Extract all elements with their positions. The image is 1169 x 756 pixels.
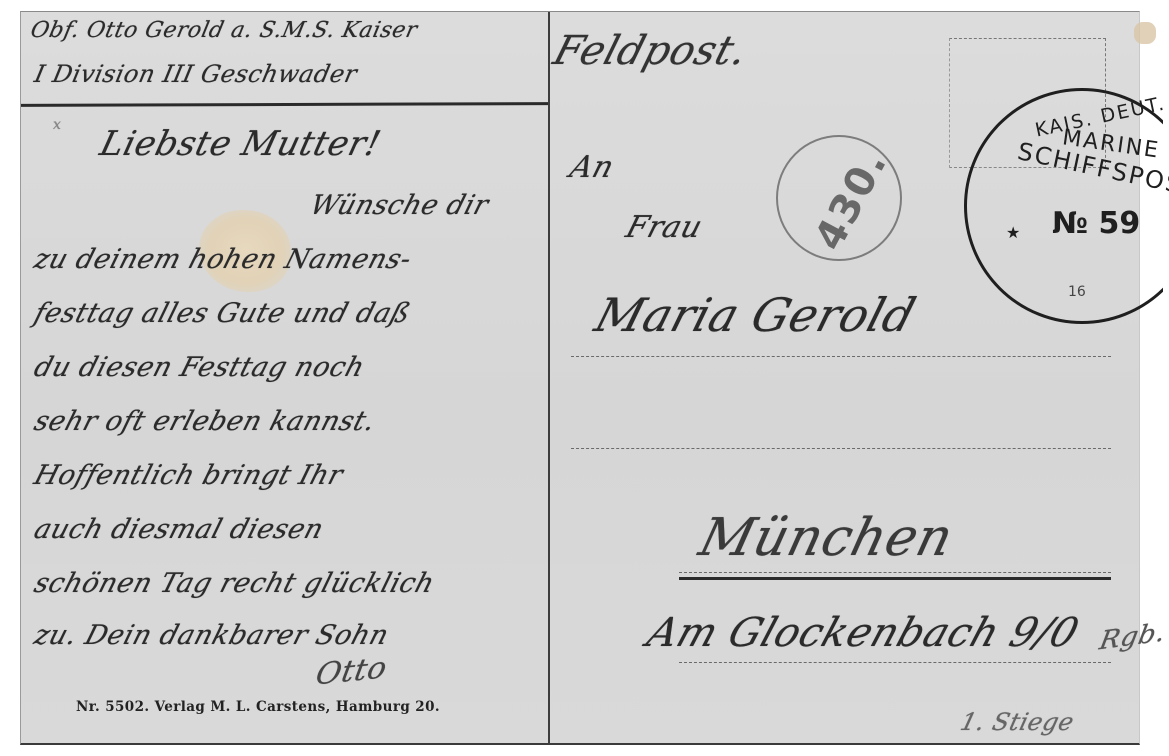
message-line-7: auch diesmal diesen: [31, 514, 328, 545]
address-line-1: [571, 356, 1111, 357]
censor-seal: 430.: [776, 135, 902, 261]
message-line-9: zu. Dein dankbarer Sohn: [31, 620, 393, 651]
message-line-6: Hoffentlich bringt Ihr: [31, 460, 347, 491]
postmark: KAIS. DEUT. MARINE SCHIFFSPOST № 59 ★ 16: [964, 88, 1166, 338]
address-line-2: [571, 448, 1111, 449]
address-line-4: [679, 662, 1111, 663]
corner-mark: x: [53, 117, 61, 133]
message-line-1: Wünsche dir: [307, 190, 493, 221]
postmark-number: № 59: [1052, 206, 1140, 241]
sender-line-1: Obf. Otto Gerold a. S.M.S. Kaiser: [28, 18, 419, 43]
header-rule: [21, 102, 548, 107]
signature: Otto: [313, 651, 390, 693]
postcard: Obf. Otto Gerold a. S.M.S. Kaiser I Divi…: [20, 11, 1140, 745]
recipient-name: Maria Gerold: [589, 288, 922, 342]
corner-stain: [1134, 22, 1156, 44]
message-line-2: zu deinem hohen Namens-: [31, 244, 416, 275]
floor-note: 1. Stiege: [958, 708, 1078, 736]
recipient-street-suffix: Rgb.: [1097, 618, 1168, 656]
address-salutation: Frau: [622, 210, 706, 245]
recipient-street: Am Glockenbach 9/0: [642, 610, 1085, 656]
publisher-imprint: Nr. 5502. Verlag M. L. Carstens, Hamburg…: [76, 699, 440, 715]
postmark-date: 16: [1068, 284, 1086, 300]
address-line-3: [679, 572, 1111, 573]
address-prefix: An: [566, 150, 618, 185]
center-divider: [548, 12, 550, 743]
feldpost-label: Feldpost.: [548, 28, 752, 74]
greeting: Liebste Mutter!: [96, 124, 385, 164]
star-icon: ★: [1006, 223, 1020, 242]
message-line-3: festtag alles Gute und daß: [31, 298, 415, 329]
sender-line-2: I Division III Geschwader: [32, 60, 360, 88]
message-line-8: schönen Tag recht glücklich: [31, 568, 439, 599]
censor-number: 430.: [806, 142, 897, 258]
message-line-4: du diesen Festtag noch: [31, 352, 369, 383]
city-underline: [679, 577, 1111, 580]
message-line-5: sehr oft erleben kannst.: [31, 406, 380, 437]
recipient-city: München: [694, 508, 960, 568]
